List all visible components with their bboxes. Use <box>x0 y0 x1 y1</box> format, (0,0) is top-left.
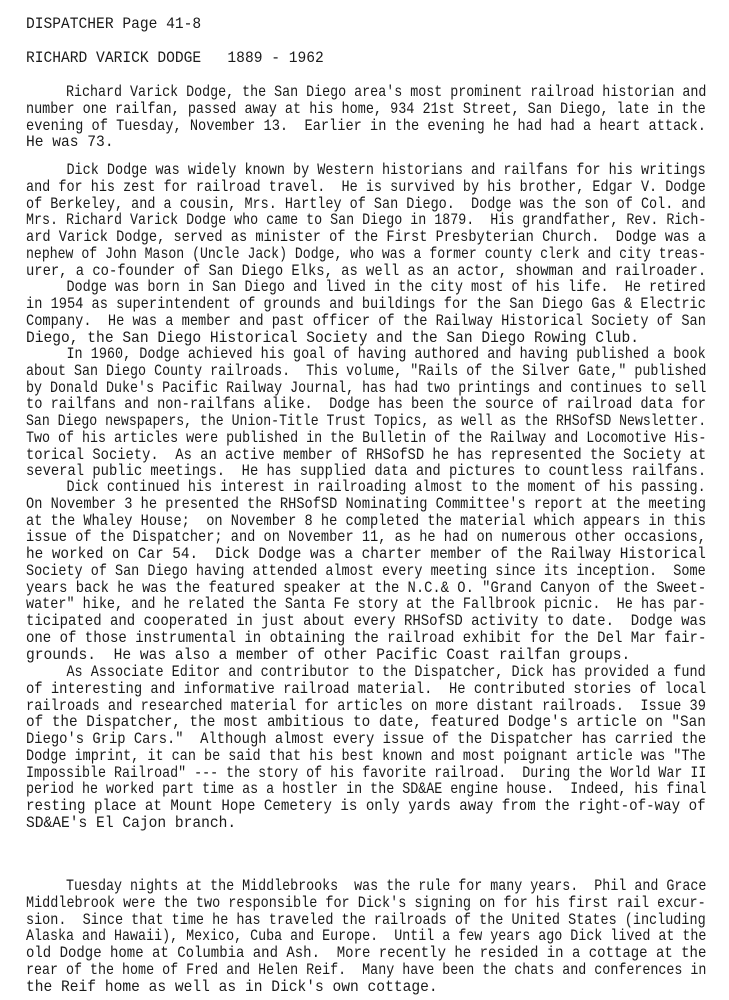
article-title: RICHARD VARICK DODGE 1889 - 1962 <box>26 50 324 67</box>
text-line: Alaska and Hawaii), Mexico, Cuba and Eur… <box>26 928 706 945</box>
text-line: at the Whaley House; on November 8 he co… <box>26 513 706 530</box>
text-line: issue of the Dispatcher; and on November… <box>26 529 706 546</box>
text-line: On November 3 he presented the RHSofSD N… <box>26 496 706 513</box>
text-line: Dick Dodge was widely known by Western h… <box>26 162 706 179</box>
text-line: several public meetings. He has supplied… <box>26 463 706 480</box>
text-line: Middlebrook were the two responsible for… <box>26 895 706 912</box>
text-line: Tuesday nights at the Middlebrooks was t… <box>26 878 706 895</box>
text-line: nephew of John Mason (Uncle Jack) Dodge,… <box>26 246 706 263</box>
page-label: DISPATCHER Page 41-8 <box>26 16 201 33</box>
text-line: of Berkeley, and a cousin, Mrs. Hartley … <box>26 196 706 213</box>
text-line: by Donald Duke's Pacific Railway Journal… <box>26 380 706 397</box>
text-line: Mrs. Richard Varick Dodge who came to Sa… <box>26 212 706 229</box>
text-line: he worked on Car 54. Dick Dodge was a ch… <box>26 546 706 563</box>
text-line: In 1960, Dodge achieved his goal of havi… <box>26 346 706 363</box>
text-line: San Diego newspapers, the Union-Title Tr… <box>26 413 706 430</box>
text-line: of the Dispatcher, the most ambitious to… <box>26 714 706 731</box>
text-line: in 1954 as superintendent of grounds and… <box>26 296 706 313</box>
text-line: grounds. He was also a member of other P… <box>26 647 630 664</box>
text-line: Dodge was born in San Diego and lived in… <box>26 279 706 296</box>
text-line: resting place at Mount Hope Cemetery is … <box>26 798 706 815</box>
text-line: number one railfan, passed away at his h… <box>26 101 706 118</box>
text-line: railroads and researched material for ar… <box>26 698 706 715</box>
text-line: years back he was the featured speaker a… <box>26 580 706 597</box>
text-line: Company. He was a member and past office… <box>26 313 706 330</box>
text-line: rear of the home of Fred and Helen Reif.… <box>26 962 706 979</box>
text-line: evening of Tuesday, November 13. Earlier… <box>26 118 706 135</box>
text-line: Dodge imprint, it can be said that his b… <box>26 748 706 765</box>
text-line: ard Varick Dodge, served as minister of … <box>26 229 706 246</box>
text-line: one of those instrumental in obtaining t… <box>26 630 706 647</box>
text-line: about San Diego County railroads. This v… <box>26 363 706 380</box>
text-line: ticipated and cooperated in just about e… <box>26 613 706 630</box>
text-line: Richard Varick Dodge, the San Diego area… <box>26 84 706 101</box>
text-line: Society of San Diego having attended alm… <box>26 563 706 580</box>
text-line: As Associate Editor and contributor to t… <box>26 664 706 681</box>
document-page: DISPATCHER Page 41-8 RICHARD VARICK DODG… <box>0 0 729 1000</box>
text-line: sion. Since that time he has traveled th… <box>26 912 706 929</box>
text-line: Impossible Railroad" --- the story of hi… <box>26 765 706 782</box>
text-line: Dick continued his interest in railroadi… <box>26 479 706 496</box>
text-line: water" hike, and he related the Santa Fe… <box>26 596 706 613</box>
text-line: old Dodge home at Columbia and Ash. More… <box>26 945 706 962</box>
text-line: urer, a co-founder of San Diego Elks, as… <box>26 263 706 280</box>
text-line: and for his zest for railroad travel. He… <box>26 179 706 196</box>
text-line: torical Society. As an active member of … <box>26 447 706 464</box>
text-line: Two of his articles were published in th… <box>26 430 706 447</box>
text-line: of interesting and informative railroad … <box>26 681 706 698</box>
text-line: Diego, the San Diego Historical Society … <box>26 330 639 347</box>
text-line: to railfans and non-railfans alike. Dodg… <box>26 396 706 413</box>
text-line: period he worked part time as a hostler … <box>26 781 706 798</box>
text-line: SD&AE's El Cajon branch. <box>26 815 236 832</box>
text-line: He was 73. <box>26 134 114 151</box>
text-line: the Reif home as well as in Dick's own c… <box>26 979 438 996</box>
text-line: Diego's Grip Cars." Although almost ever… <box>26 731 706 748</box>
